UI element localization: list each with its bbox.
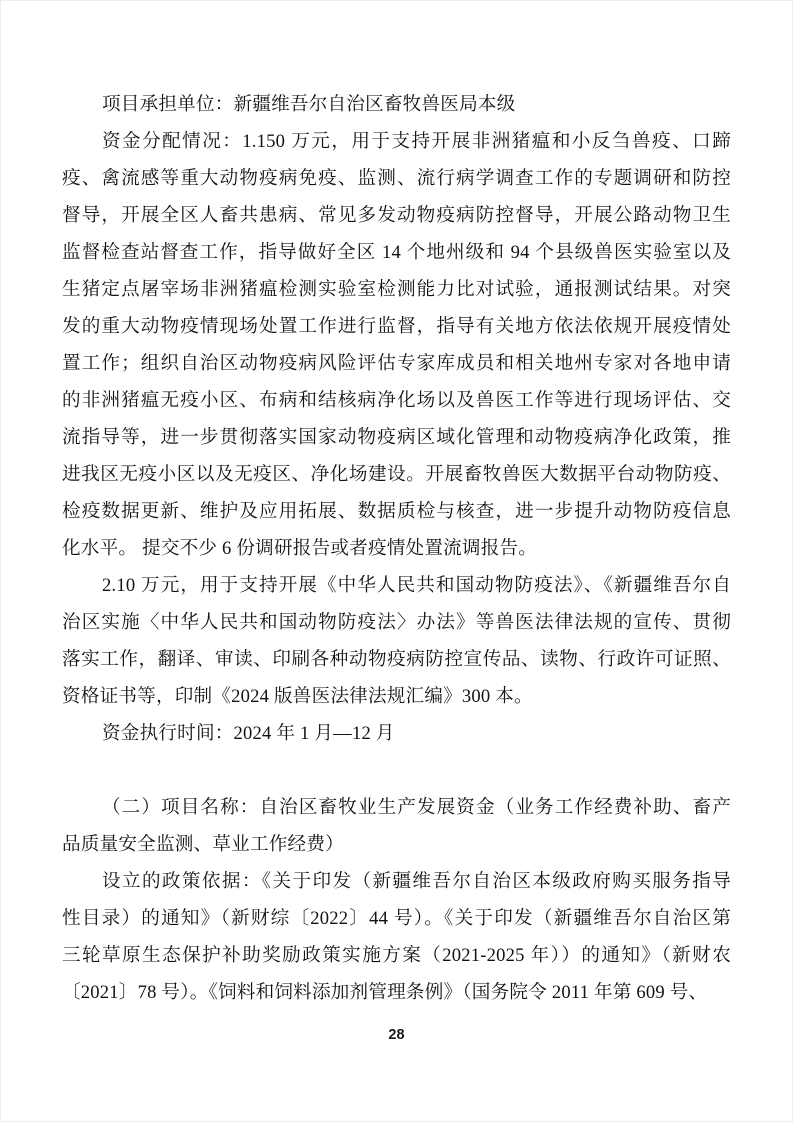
text-line: 性目录）的通知》（新财综〔2022〕44 号）。《关于印发（新疆维吾尔自治区第: [62, 900, 731, 937]
text-line: 流指导等，进一步贯彻落实国家动物疫病区域化管理和动物疫病净化政策，推: [62, 419, 731, 456]
text-line: 三轮草原生态保护补助奖励政策实施方案（2021-2025 年））的通知》（新财农: [62, 937, 731, 974]
paragraph: 资金分配情况：1.150 万元，用于支持开展非洲猪瘟和小反刍兽疫、口蹄疫、禽流感…: [62, 123, 731, 567]
text-line: 发的重大动物疫情现场处置工作进行监督，指导有关地方依法依规开展疫情处: [62, 308, 731, 345]
paragraph: 设立的政策依据：《关于印发（新疆维吾尔自治区本级政府购买服务指导性目录）的通知》…: [62, 863, 731, 1011]
page-content: 项目承担单位：新疆维吾尔自治区畜牧兽医局本级资金分配情况：1.150 万元，用于…: [62, 86, 731, 1011]
text-line: 化水平。 提交不少 6 份调研报告或者疫情处置流调报告。: [62, 530, 731, 567]
document-page: 项目承担单位：新疆维吾尔自治区畜牧兽医局本级资金分配情况：1.150 万元，用于…: [0, 0, 793, 1122]
paragraph: 项目承担单位：新疆维吾尔自治区畜牧兽医局本级: [62, 86, 731, 123]
page-footer: 28: [0, 1026, 793, 1044]
text-line: 进我区无疫小区以及无疫区、净化场建设。开展畜牧兽医大数据平台动物防疫、: [62, 456, 731, 493]
text-line: 的非洲猪瘟无疫小区、布病和结核病净化场以及兽医工作等进行现场评估、交: [62, 382, 731, 419]
page-number: 28: [388, 1027, 404, 1043]
text-line: 疫、禽流感等重大动物疫病免疫、监测、流行病学调查工作的专题调研和防控: [62, 160, 731, 197]
text-line: 置工作；组织自治区动物疫病风险评估专家库成员和相关地州专家对各地申请: [62, 345, 731, 382]
text-line: 检疫数据更新、维护及应用拓展、数据质检与核查，进一步提升动物防疫信息: [62, 493, 731, 530]
text-line: 治区实施〈中华人民共和国动物防疫法〉办法》等兽医法律法规的宣传、贯彻: [62, 604, 731, 641]
text-line: 项目承担单位：新疆维吾尔自治区畜牧兽医局本级: [62, 86, 731, 123]
text-line: 品质量安全监测、草业工作经费）: [62, 826, 731, 863]
text-line: 〔2021〕78 号）。《饲料和饲料添加剂管理条例》（国务院令 2011 年第 …: [62, 974, 731, 1011]
text-line: （二）项目名称：自治区畜牧业生产发展资金（业务工作经费补助、畜产: [62, 789, 731, 826]
text-line: 监督检查站督查工作，指导做好全区 14 个地州级和 94 个县级兽医实验室以及: [62, 234, 731, 271]
paragraph: 2.10 万元，用于支持开展《中华人民共和国动物防疫法》、《新疆维吾尔自治区实施…: [62, 567, 731, 715]
text-line: 资金分配情况：1.150 万元，用于支持开展非洲猪瘟和小反刍兽疫、口蹄: [62, 123, 731, 160]
paragraph: 资金执行时间：2024 年 1 月—12 月: [62, 715, 731, 752]
text-line: 设立的政策依据：《关于印发（新疆维吾尔自治区本级政府购买服务指导: [62, 863, 731, 900]
text-line: 生猪定点屠宰场非洲猪瘟检测实验室检测能力比对试验，通报测试结果。对突: [62, 271, 731, 308]
paragraph: （二）项目名称：自治区畜牧业生产发展资金（业务工作经费补助、畜产品质量安全监测、…: [62, 789, 731, 863]
text-line: 落实工作，翻译、审读、印刷各种动物疫病防控宣传品、读物、行政许可证照、: [62, 641, 731, 678]
text-line: 资格证书等，印制《2024 版兽医法律法规汇编》300 本。: [62, 678, 731, 715]
text-line: 2.10 万元，用于支持开展《中华人民共和国动物防疫法》、《新疆维吾尔自: [62, 567, 731, 604]
text-line: 督导，开展全区人畜共患病、常见多发动物疫病防控督导，开展公路动物卫生: [62, 197, 731, 234]
text-line: 资金执行时间：2024 年 1 月—12 月: [62, 715, 731, 752]
